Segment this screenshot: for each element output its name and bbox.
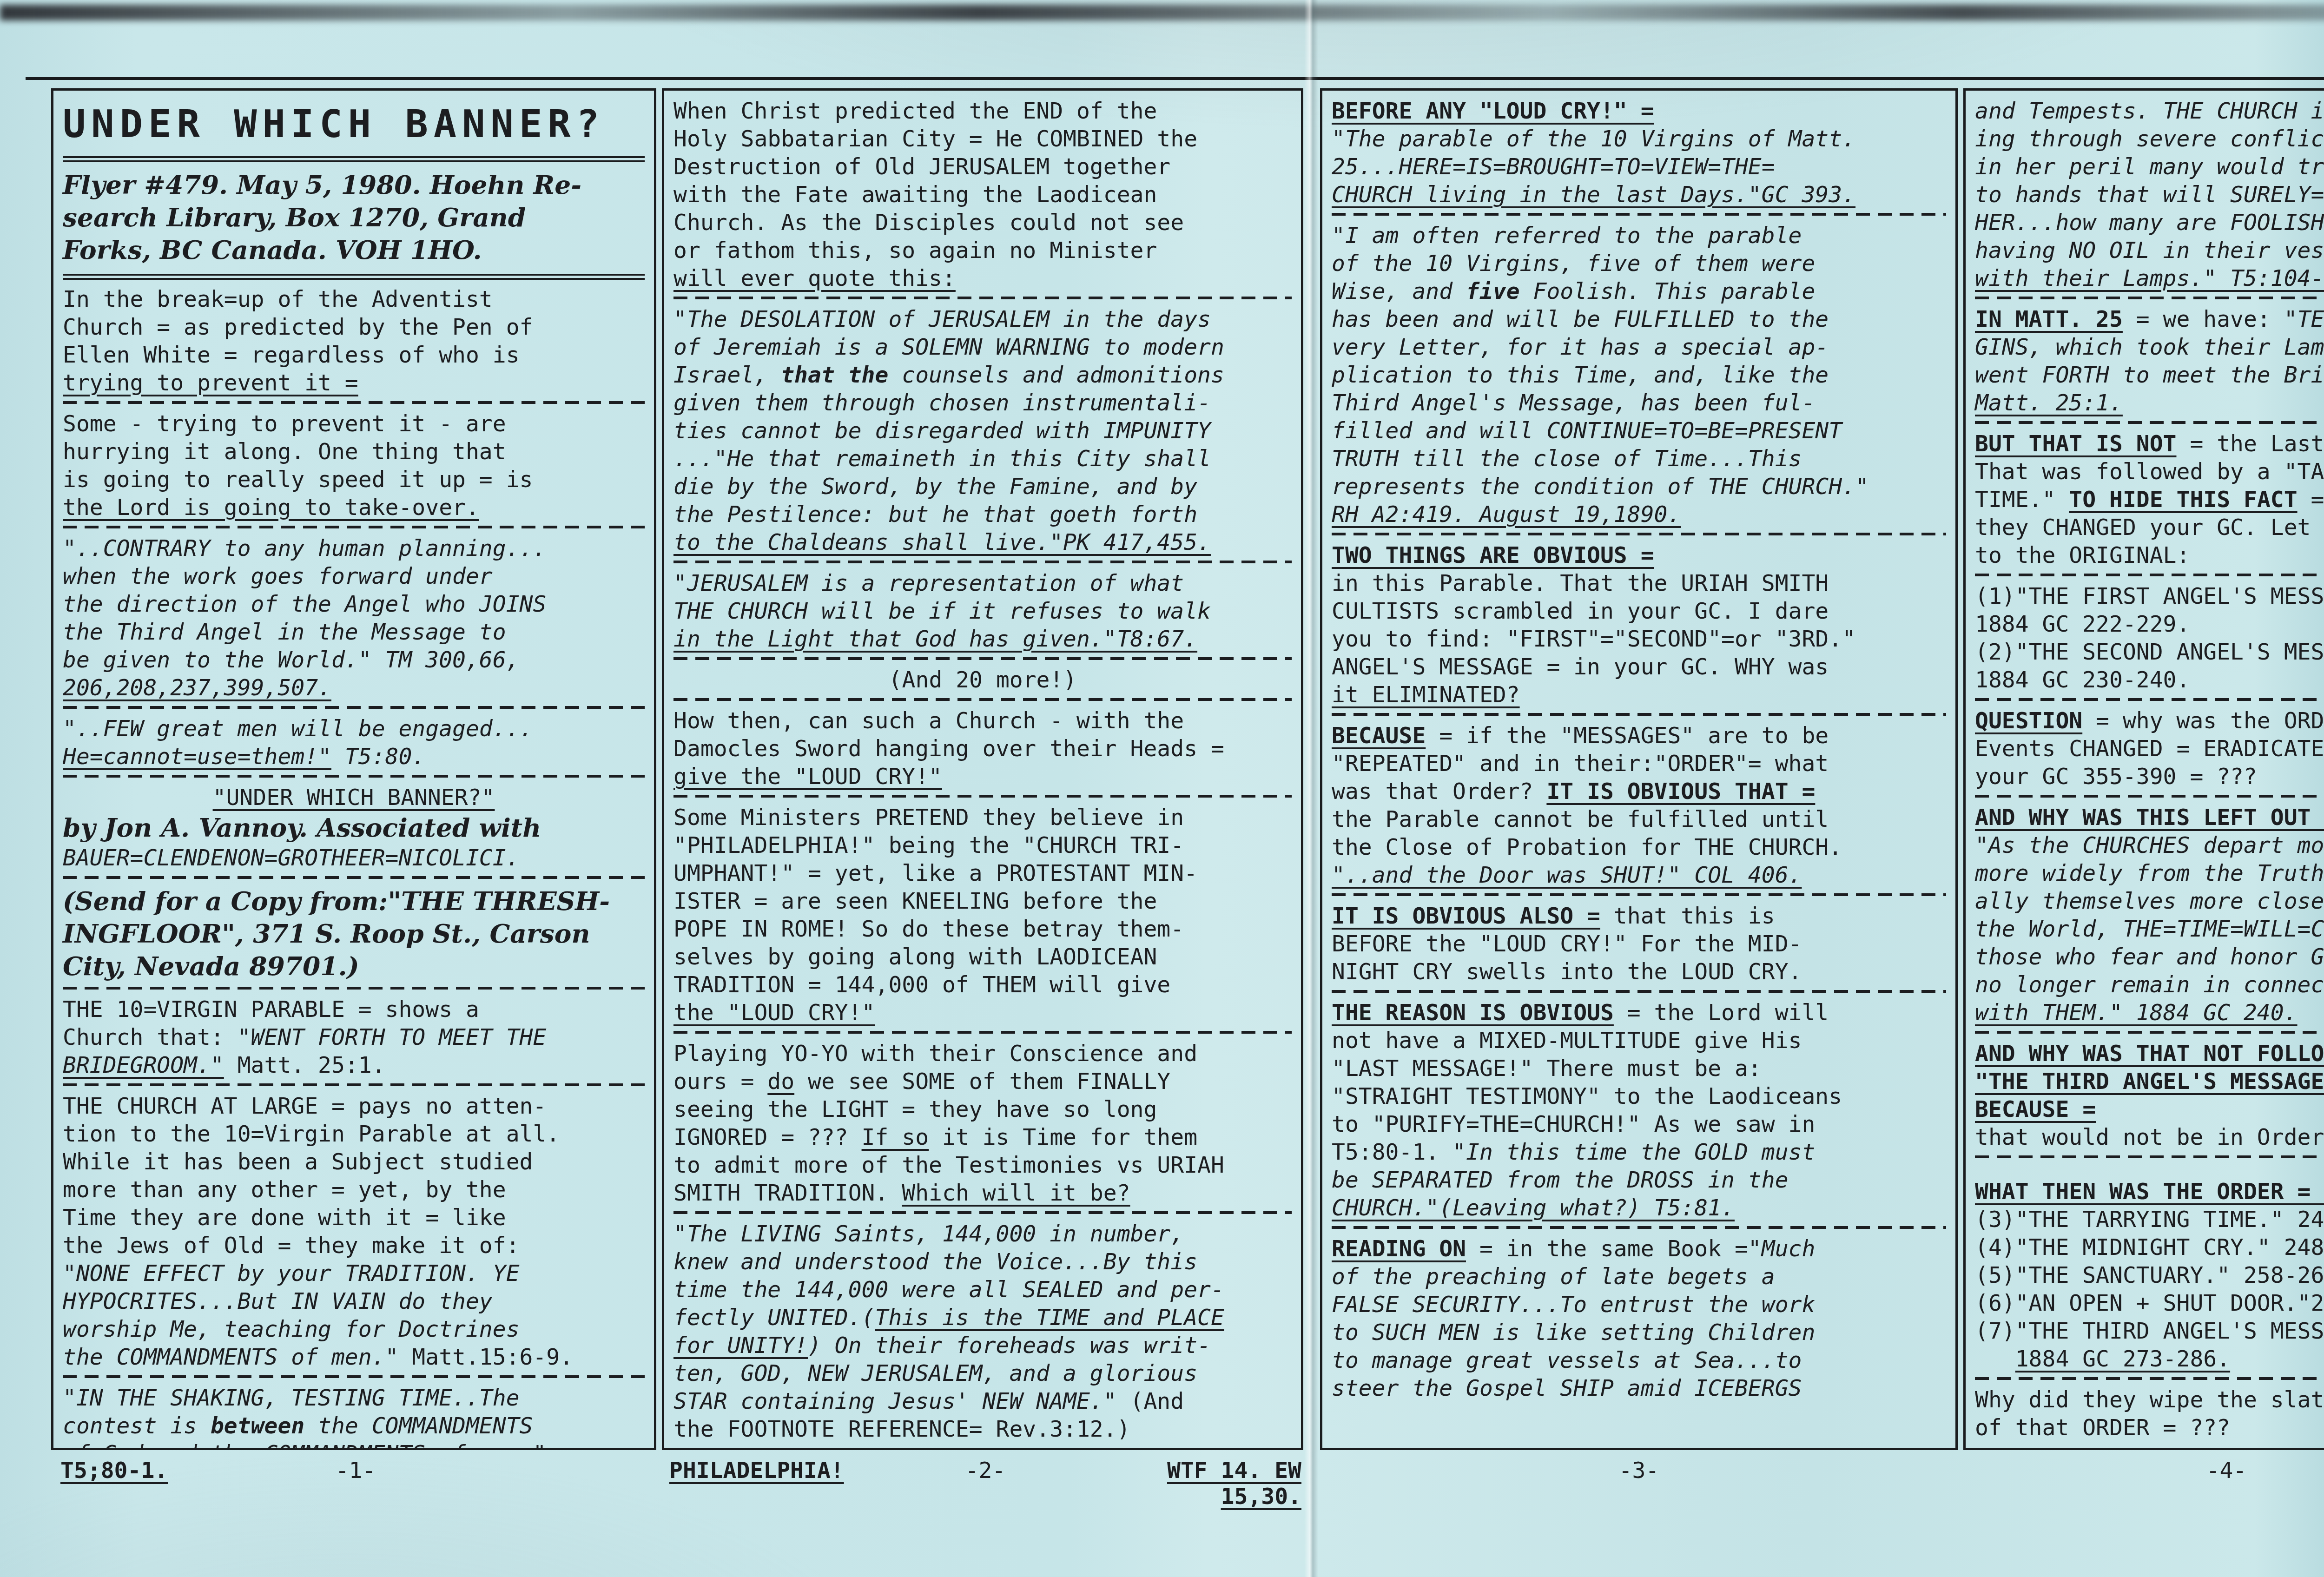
text-run: IT IS OBVIOUS THAT = (1546, 779, 1815, 805)
text-run: in this Parable. That the URIAH SMITH CU… (1332, 570, 1855, 680)
text-run: with their Lamps." T5:104-5. (1975, 265, 2324, 291)
paragraph: "JERUSALEM is a representation of what T… (673, 569, 1292, 653)
text-run: that would not be in Order. (1975, 1124, 2324, 1150)
column-4: and Tempests. THE CHURCH is pass- ing th… (1963, 88, 2324, 1450)
text-run: BECAUSE (1332, 723, 1426, 749)
paragraph: "..CONTRARY to any human planning... whe… (63, 534, 645, 702)
paragraph: WHAT THEN WAS THE ORDER = ??? (3)"THE TA… (1975, 1178, 2324, 1373)
paragraph: BEFORE ANY "LOUD CRY!" = "The parable of… (1332, 97, 1946, 209)
flyer-title: UNDER WHICH BANNER? (63, 97, 645, 162)
text-run: by Jon A. Vannoy. Associated with (63, 812, 541, 843)
text-run: RH A2:419. August 19,1890. (1332, 501, 1681, 528)
footer-ref (1971, 1458, 2141, 1484)
dashed-divider (1975, 1377, 2324, 1380)
paragraph: "..FEW great men will be engaged... He=c… (63, 715, 645, 771)
footer-ref (2311, 1458, 2324, 1484)
text-run: = we have: (2123, 306, 2284, 332)
dashed-divider (1975, 1031, 2324, 1034)
paragraph: QUESTION = why was the ORDER of Events C… (1975, 707, 2324, 791)
text-run: = in the same Book = (1466, 1236, 1748, 1262)
dashed-divider (1975, 795, 2324, 798)
text-run: QUESTION (1975, 708, 2082, 734)
footer-ref (454, 1458, 651, 1484)
footer-column-1: T5;80-1. -1- (60, 1458, 651, 1484)
dashed-divider (673, 561, 1292, 563)
paragraph: THE CHURCH AT LARGE = pays no atten- tio… (63, 1092, 645, 1371)
paragraph: by Jon A. Vannoy. Associated with BAUER=… (63, 812, 645, 872)
text-run: and Tempests. THE CHURCH is pass- ing th… (1975, 98, 2324, 264)
dashed-divider (63, 1083, 645, 1086)
page-number: -2- (880, 1458, 1090, 1510)
text-run: "..and the Door was SHUT!" COL 406. (1332, 862, 1802, 888)
text-run: TWO THINGS ARE OBVIOUS = (1332, 542, 1654, 568)
paragraph: Why did they wipe the slate clean of tha… (1975, 1386, 2324, 1442)
text-run: CHURCH living in the last Days."GC 393. (1332, 182, 1855, 208)
dashed-divider (1975, 297, 2324, 299)
text-run: "..FEW great men will be engaged... (63, 716, 533, 742)
text-run: He=cannot=use=them!" (63, 744, 331, 770)
paragraph: "The DESOLATION of JERUSALEM in the days… (673, 305, 1292, 556)
paragraph: THE 10=VIRGIN PARABLE = shows a Church t… (63, 996, 645, 1079)
footer-ref (1329, 1458, 1536, 1484)
text-run: Which will it be? (902, 1180, 1130, 1206)
text-run: In the break=up of the Adventist Church … (63, 286, 533, 368)
dashed-divider (63, 1375, 645, 1378)
fold-crease (1304, 0, 1318, 1577)
text-run: "THE THIRD ANGEL'S MESSAGE"= ??? (1975, 1069, 2324, 1095)
text-run: Why did they wipe the slate clean of tha… (1975, 1387, 2324, 1441)
paragraph: BECAUSE = that would not be in Order. (1975, 1095, 2324, 1151)
column-2: When Christ predicted the END of the Hol… (662, 88, 1303, 1450)
footer-ref (1742, 1458, 1948, 1484)
paragraph: Some Ministers PRETEND they believe in "… (673, 804, 1292, 1027)
dashed-divider (1332, 893, 1946, 896)
dashed-divider (1332, 713, 1946, 716)
flyer-page: { "meta": { "document_title": "UNDER WHI… (0, 0, 2324, 1577)
dashed-divider (1332, 1226, 1946, 1229)
text-run: with THEM." 1884 GC 240. (1975, 1000, 2298, 1026)
text-run: to the Chaldeans shall live."PK 417,455. (673, 529, 1211, 555)
text-run: "..CONTRARY to any human planning... whe… (63, 535, 546, 673)
text-run: THE REASON IS OBVIOUS (1332, 1000, 1614, 1026)
text-run: five (1466, 278, 1520, 304)
dashed-divider (63, 876, 645, 879)
paragraph: Some - trying to prevent it - are hurryi… (63, 410, 645, 521)
text-run: it ELIMINATED? (1332, 682, 1520, 708)
text-run: BUT THAT IS NOT (1975, 431, 2176, 457)
dashed-divider (63, 401, 645, 404)
text-run: UNDER WHICH BANNER? (63, 102, 605, 146)
text-run: that the (781, 362, 888, 388)
dashed-divider (673, 657, 1292, 660)
paragraph: AND WHY WAS THAT NOT FOLLOWED BY: "THE T… (1975, 1040, 2324, 1095)
paragraph: Playing YO-YO with their Conscience and … (673, 1040, 1292, 1207)
paragraph: TWO THINGS ARE OBVIOUS = in this Parable… (1332, 541, 1946, 709)
text-run: the Parable cannot be fulfilled until th… (1332, 806, 1842, 860)
text-run: between (211, 1413, 304, 1439)
text-run: "The parable of the 10 Virgins of Matt. … (1332, 126, 1855, 180)
text-run: BEFORE ANY "LOUD CRY!" = (1332, 98, 1654, 124)
text-run: the "LOUD CRY!" (673, 1000, 875, 1026)
text-run: give the "LOUD CRY!" (673, 764, 942, 790)
paragraph: BUT THAT IS NOT = the Last Message. That… (1975, 430, 2324, 569)
text-run: WHAT THEN WAS THE ORDER = ??? (1975, 1179, 2324, 1205)
paragraph: BECAUSE = if the "MESSAGES" are to be "R… (1332, 722, 1946, 889)
text-run: will ever quote this: (673, 265, 956, 291)
paragraph: "UNDER WHICH BANNER?" (63, 784, 645, 812)
paragraph: IN MATT. 25 = we have: "TEN VIR- GINS, w… (1975, 305, 2324, 417)
dashed-divider (1975, 698, 2324, 701)
text-run: 206,208,237,399,507. (63, 675, 331, 701)
text-run: (Send for a Copy from:"THE THRESH- INGFL… (63, 886, 610, 981)
dashed-divider (673, 297, 1292, 299)
footer-column-4: -4- (1971, 1458, 2324, 1484)
text-run: Some - trying to prevent it - are hurryi… (63, 411, 533, 493)
dashed-divider (63, 706, 645, 709)
text-run: Flyer #479. May 5, 1980. Hoehn Re- searc… (63, 170, 581, 265)
text-run: BAUER=CLENDENON=GROTHEER=NICOLICI. (63, 845, 520, 871)
footer-ref: PHILADELPHIA! (669, 1458, 880, 1510)
paragraph: (And 20 more!) (673, 666, 1292, 694)
paragraph: AND WHY WAS THIS LEFT OUT = "As the CHUR… (1975, 804, 2324, 1027)
dashed-divider (1975, 574, 2324, 576)
dashed-divider (1332, 533, 1946, 535)
text-run: When Christ predicted the END of the Hol… (673, 98, 1197, 264)
dashed-divider (673, 1031, 1292, 1034)
text-run: READING ON (1332, 1236, 1466, 1262)
dashed-divider (673, 795, 1292, 798)
text-run: (1)"THE FIRST ANGEL'S MESSAGE." 1884 GC … (1975, 583, 2324, 693)
paragraph: "IN THE SHAKING, TESTING TIME..The conte… (63, 1384, 645, 1451)
paragraph: When Christ predicted the END of the Hol… (673, 97, 1292, 292)
page-number: -1- (257, 1458, 454, 1484)
text-run: Foolish. This parable has been and will … (1332, 278, 1869, 500)
text-run: Matt. 25:1. (224, 1052, 385, 1078)
text-run: IT IS OBVIOUS ALSO = (1332, 903, 1600, 929)
text-run: "JERUSALEM is a representation of what T… (673, 570, 1211, 624)
text-run: (And 20 more!) (889, 667, 1077, 693)
text-run: "WENT FORTH TO MEET THE (238, 1024, 547, 1050)
text-run: trying to prevent it = (63, 370, 358, 396)
text-run: AND WHY WAS THIS LEFT OUT = (1975, 805, 2324, 831)
text-run: do (767, 1069, 794, 1095)
text-run: in the Light that God has given."T8:67. (673, 626, 1197, 652)
dashed-divider (1332, 990, 1946, 993)
text-run: AND WHY WAS THAT NOT FOLLOWED BY: (1975, 1041, 2324, 1067)
paragraph: In the break=up of the Adventist Church … (63, 285, 645, 397)
paragraph: THE REASON IS OBVIOUS = the Lord will no… (1332, 999, 1946, 1222)
text-run: Matt. 25:1. (1975, 390, 2123, 416)
text-run: T5:80. (331, 744, 425, 770)
page-number: -3- (1536, 1458, 1742, 1484)
text-run: the Lord is going to take-over. (63, 495, 479, 521)
text-run: How then, can such a Church - with the D… (673, 708, 1224, 762)
text-run: THE CHURCH AT LARGE = pays no atten- tio… (63, 1093, 560, 1259)
text-run: TO HIDE THIS FACT (2069, 487, 2297, 513)
paragraph: (1)"THE FIRST ANGEL'S MESSAGE." 1884 GC … (1975, 582, 2324, 694)
text-run: 1884 GC 273-286. (2015, 1346, 2230, 1372)
paragraph: How then, can such a Church - with the D… (673, 707, 1292, 791)
page-number: -4- (2141, 1458, 2312, 1484)
paragraph: READING ON = in the same Book ="Much of … (1332, 1235, 1946, 1402)
dashed-divider (1975, 1155, 2324, 1158)
text-run: CHURCH."(Leaving what?) T5:81. (1332, 1195, 1735, 1221)
footer-ref: WTF 14. EW 15,30. (1091, 1458, 1301, 1510)
scan-streak (0, 5, 2324, 20)
text-run: "UNDER WHICH BANNER?" (213, 785, 495, 811)
dashed-divider (673, 698, 1292, 701)
text-run: Matt.15:6-9. (398, 1344, 573, 1370)
footer-ref: T5;80-1. (60, 1458, 257, 1484)
footer-column-2: PHILADELPHIA! -2- WTF 14. EW 15,30. (669, 1458, 1301, 1510)
text-run: BECAUSE = (1975, 1096, 2096, 1122)
dashed-divider (63, 775, 645, 778)
paragraph: (Send for a Copy from:"THE THRESH- INGFL… (63, 885, 645, 983)
dashed-divider (63, 526, 645, 528)
paragraph: and Tempests. THE CHURCH is pass- ing th… (1975, 97, 2324, 292)
dashed-divider (63, 987, 645, 990)
text-run: IN MATT. 25 (1975, 306, 2123, 332)
dashed-divider (1975, 421, 2324, 424)
text-run: If so (862, 1124, 929, 1150)
text-run: "As the CHURCHES depart more and more wi… (1975, 832, 2324, 998)
column-1: UNDER WHICH BANNER?Flyer #479. May 5, 19… (51, 88, 656, 1450)
top-rule (26, 77, 2324, 80)
dashed-divider (673, 1211, 1292, 1214)
text-run: BRIDEGROOM." (63, 1052, 224, 1078)
flyer-imprint: Flyer #479. May 5, 1980. Hoehn Re- searc… (63, 164, 645, 280)
footer-column-3: -3- (1329, 1458, 1948, 1484)
text-run: Some Ministers PRETEND they believe in "… (673, 805, 1197, 998)
paragraph: IT IS OBVIOUS ALSO = that this is BEFORE… (1332, 902, 1946, 986)
paragraph: "The LIVING Saints, 144,000 in number, k… (673, 1220, 1292, 1443)
column-3: BEFORE ANY "LOUD CRY!" = "The parable of… (1320, 88, 1958, 1450)
paragraph: "I am often referred to the parable of t… (1332, 222, 1946, 528)
dashed-divider (1332, 213, 1946, 216)
